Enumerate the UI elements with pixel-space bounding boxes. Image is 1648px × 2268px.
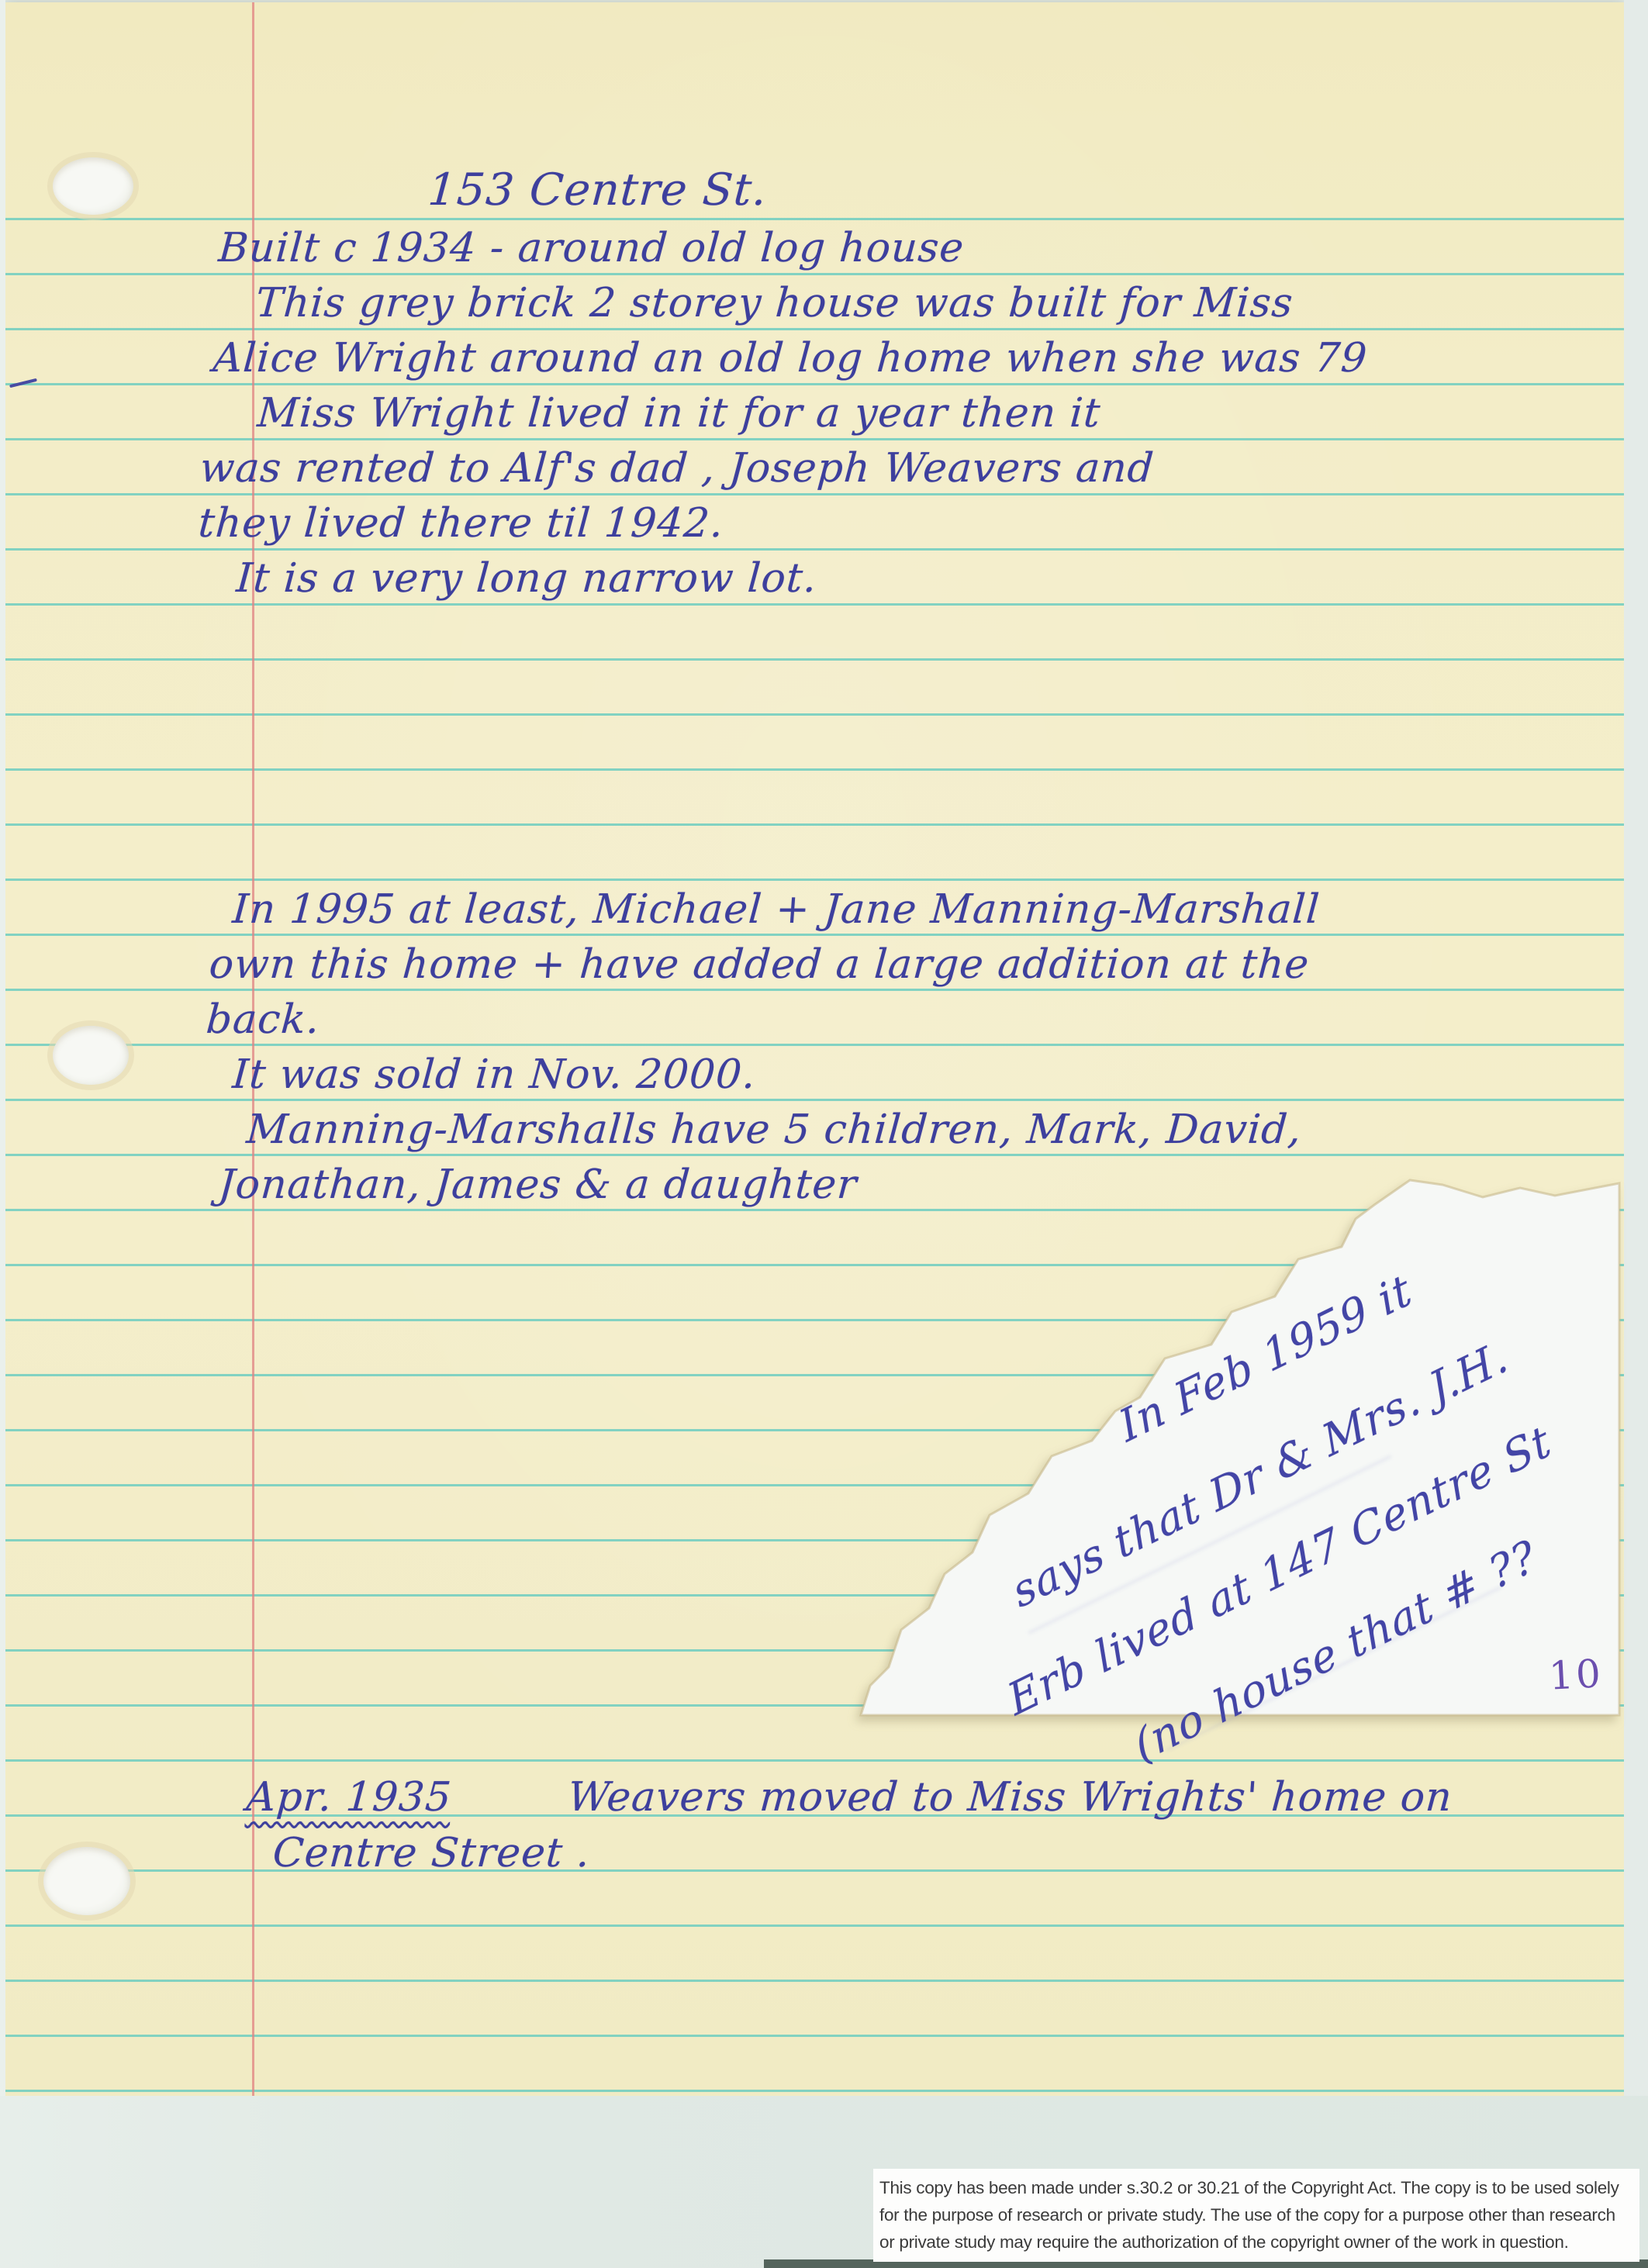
handwriting-line: Alice Wright around an old log home when… [212,335,1369,381]
handwriting-line: This grey brick 2 storey house was built… [254,280,1295,326]
scanned-document-page: 153 Centre St. Built c 1934 - around old… [0,0,1648,2268]
handwriting-footnote: Apr. 1935Weavers moved to Miss Wrights' … [245,1774,1454,1821]
footnote-date: Apr. 1935 [245,1774,454,1821]
page-number: 10 [1548,1651,1605,1699]
handwriting-line: own this home + have added a large addit… [208,941,1311,988]
handwriting-line: back. [205,996,322,1043]
scanner-edge-left [0,0,5,2268]
handwriting-line: Miss Wright lived in it for a year then … [256,390,1102,437]
page-title: 153 Centre St. [427,164,769,216]
handwriting-line: Built c 1934 - around old log house [217,225,966,271]
copyright-line: for the purpose of research or private s… [879,2201,1635,2228]
handwriting-line: It is a very long narrow lot. [235,555,819,602]
punch-hole-middle [53,1026,129,1085]
handwriting-footnote-line2: Centre Street . [271,1830,592,1876]
scanner-edge-right [1624,0,1648,2268]
punch-hole-bottom [43,1847,130,1915]
handwriting-line: Manning-Marshalls have 5 children, Mark,… [245,1106,1303,1153]
handwriting-line: was rented to Alf's dad , Joseph Weavers… [199,445,1156,492]
handwriting-line: In 1995 at least, Michael + Jane Manning… [231,886,1322,933]
handwriting-line: they lived there til 1942. [197,500,725,547]
copyright-line: This copy has been made under s.30.2 or … [879,2174,1635,2201]
copyright-notice: This copy has been made under s.30.2 or … [873,2169,1639,2262]
punch-hole-top [53,157,133,215]
copyright-line: or private study may require the authori… [879,2228,1635,2256]
handwriting-line: Jonathan, James & a daughter [217,1162,859,1208]
handwriting-line: It was sold in Nov. 2000. [231,1051,758,1098]
footnote-text: Weavers moved to Miss Wrights' home on [566,1774,1453,1821]
